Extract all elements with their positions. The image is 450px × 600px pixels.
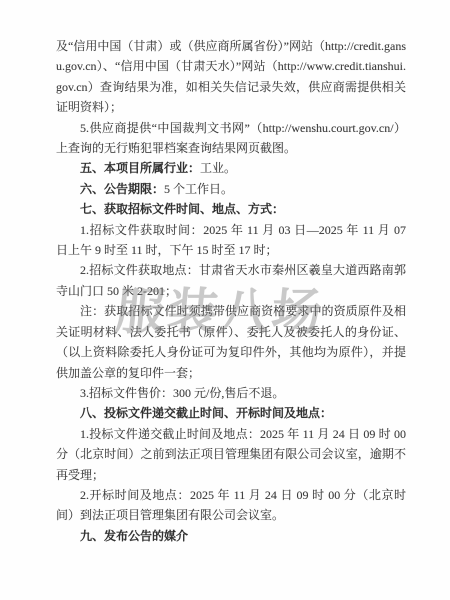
section-industry: 五、本项目所属行业：工业。	[56, 158, 406, 178]
paragraph-obtain-time: 1.招标文件获取时间：2025 年 11 月 03 日—2025 年 11 月 …	[56, 220, 406, 261]
section-media-heading: 九、发布公告的媒介	[56, 526, 406, 546]
section-heading: 八、投标文件递交截止时间、开标时间及地点：	[80, 406, 332, 420]
paragraph-text: 2.开标时间及地点：2025 年 11 月 24 日 09 时 00 分（北京时…	[56, 488, 406, 522]
paragraph-text: 2.招标文件获取地点：甘肃省天水市秦州区羲皇大道西路南郭寺山门口 50 米 2-…	[56, 263, 406, 297]
section-heading: 五、本项目所属行业：	[80, 161, 200, 175]
paragraph-text: 3.招标文件售价：300 元/份,售后不退。	[80, 386, 284, 400]
document-page: 及“信用中国（甘肃）或（供应商所属省份）”网站（http://credit.ga…	[0, 0, 450, 600]
section-obtain-documents-heading: 七、获取招标文件时间、地点、方式：	[56, 199, 406, 219]
paragraph-submission-deadline: 1.投标文件递交截止时间及地点：2025 年 11 月 24 日 09 时 00…	[56, 424, 406, 485]
paragraph-note-requirements: 注：获取招标文件时须携带供应商资格要求中的资质原件及相关证明材料、法人委托书（原…	[56, 301, 406, 383]
paragraph-document-price: 3.招标文件售价：300 元/份,售后不退。	[56, 383, 406, 403]
paragraph-text: 注：获取招标文件时须携带供应商资格要求中的资质原件及相关证明材料、法人委托书（原…	[56, 304, 406, 379]
paragraph-text: 及“信用中国（甘肃）或（供应商所属省份）”网站（http://credit.ga…	[56, 39, 406, 114]
paragraph-text: 1.招标文件获取时间：2025 年 11 月 03 日—2025 年 11 月 …	[56, 223, 406, 257]
paragraph-opening-time: 2.开标时间及地点：2025 年 11 月 24 日 09 时 00 分（北京时…	[56, 485, 406, 526]
section-heading: 七、获取招标文件时间、地点、方式：	[80, 202, 284, 216]
section-heading: 九、发布公告的媒介	[80, 529, 188, 543]
paragraph-obtain-location: 2.招标文件获取地点：甘肃省天水市秦州区羲皇大道西路南郭寺山门口 50 米 2-…	[56, 260, 406, 301]
paragraph-text: 1.投标文件递交截止时间及地点：2025 年 11 月 24 日 09 时 00…	[56, 427, 406, 482]
announcement-body: 及“信用中国（甘肃）或（供应商所属省份）”网站（http://credit.ga…	[56, 36, 406, 546]
paragraph-text: 5.供应商提供“中国裁判文书网”（http://wenshu.court.gov…	[56, 121, 406, 155]
paragraph-credit-china-sites: 及“信用中国（甘肃）或（供应商所属省份）”网站（http://credit.ga…	[56, 36, 406, 118]
section-value: 5 个工作日。	[164, 182, 233, 196]
section-value: 工业。	[200, 161, 236, 175]
section-heading: 六、公告期限：	[80, 182, 164, 196]
paragraph-judgement-website: 5.供应商提供“中国裁判文书网”（http://wenshu.court.gov…	[56, 118, 406, 159]
section-announcement-period: 六、公告期限：5 个工作日。	[56, 179, 406, 199]
section-submission-opening-heading: 八、投标文件递交截止时间、开标时间及地点：	[56, 403, 406, 423]
